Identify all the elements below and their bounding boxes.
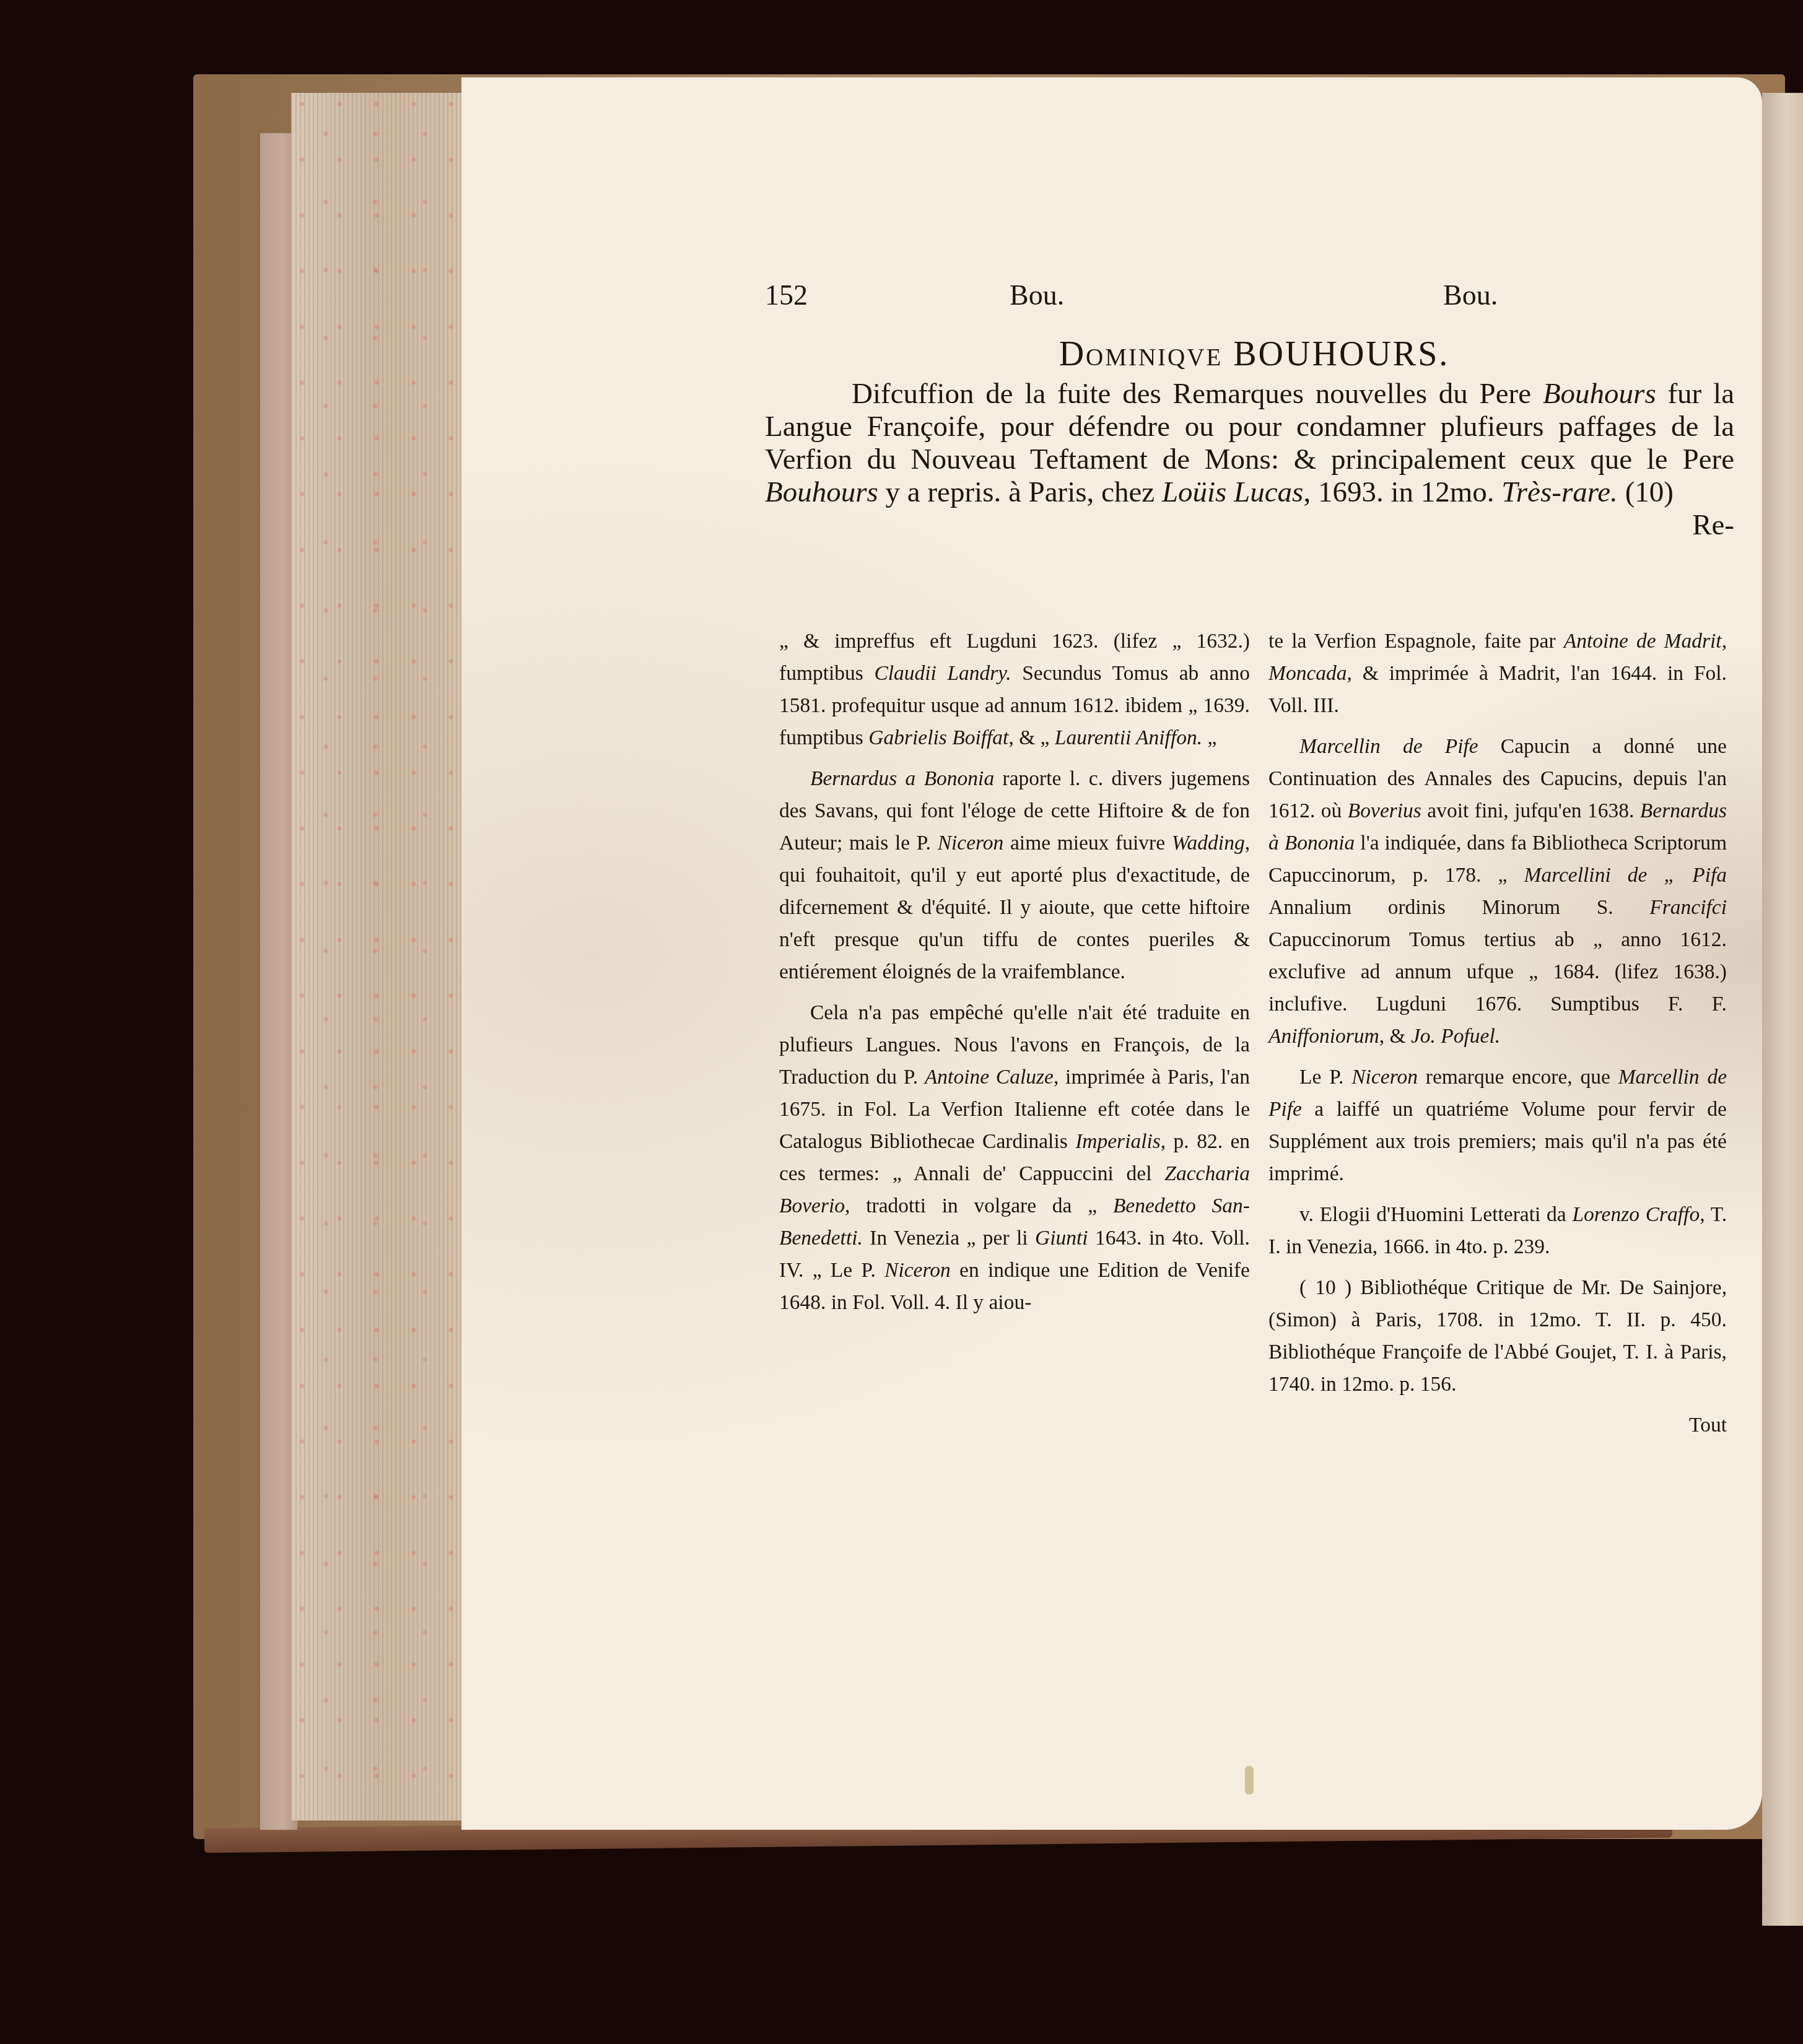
text-run: , 1693. in 12mo. <box>1303 476 1501 508</box>
italic-name: Bernardus a Bononia <box>810 767 994 790</box>
text-run: aime mieux fuivre <box>1003 832 1171 855</box>
italic-name: Marcellin de Pife <box>1299 735 1478 758</box>
italic-name: Moncada <box>1268 662 1347 685</box>
italic-name: Niceron <box>1351 1066 1418 1089</box>
running-head: 152 Bou. Bou. <box>765 279 1731 322</box>
italic-name: Boverius <box>1348 799 1421 822</box>
footnote: ( 10 ) Bibliothéque Critique de Mr. De S… <box>1268 1272 1727 1401</box>
paragraph: Marcellin de Pife Capucin a donné une Co… <box>1268 731 1727 1053</box>
text-run: remarque encore, que <box>1418 1066 1618 1089</box>
italic-name: Antoine de Madrit <box>1564 630 1722 653</box>
text-run: avoit fini, jufqu'en 1638. <box>1421 799 1640 822</box>
facing-page-edge <box>1762 93 1803 1926</box>
entry-paragraph: Difcuffion de la fuite des Remarques nou… <box>765 378 1734 509</box>
italic-name: Francifci <box>1649 896 1727 919</box>
text-run: „ <box>1202 726 1216 749</box>
text-run: Le P. <box>1299 1066 1351 1089</box>
text-run: Difcuffion de la fuite des Remarques nou… <box>852 378 1543 410</box>
page-number: 152 <box>765 279 808 311</box>
quote-paragraph: „ & impreffus eft Lugduni 1623. (lifez „… <box>779 625 1250 754</box>
catchword: Re- <box>765 509 1734 542</box>
catchword: Tout <box>1268 1409 1727 1442</box>
entry-title: Dominiqve BOUHOURS. <box>765 334 1744 374</box>
paragraph: Bernardus a Bononia raporte l. c. divers… <box>779 763 1250 988</box>
italic-name: Laurentii Aniffon. <box>1055 726 1202 749</box>
running-head-right: Bou. <box>1443 279 1498 311</box>
italic-name: Niceron <box>938 832 1004 855</box>
italic-name: Imperialis <box>1075 1130 1161 1153</box>
text-run: Capuccinorum Tomus tertius ab „ anno 161… <box>1268 928 1727 1015</box>
italic-name: Bouhours <box>1543 378 1656 410</box>
paragraph: te la Verfion Espagnole, faite par Antoi… <box>1268 625 1727 722</box>
italic-name: Gabrielis Boiffat <box>868 726 1008 749</box>
paragraph: Cela n'a pas empêché qu'elle n'ait été t… <box>779 997 1250 1319</box>
italic-name: Niceron <box>884 1259 951 1282</box>
text-run: , <box>1722 630 1727 653</box>
right-column: te la Verfion Espagnole, faite par Antoi… <box>1268 625 1727 1450</box>
text-run: te la Verfion Espagnole, faite par <box>1268 630 1564 653</box>
rarity-note: Très-rare. <box>1501 476 1618 508</box>
paragraph: Le P. Niceron remarque encore, que Marce… <box>1268 1061 1727 1190</box>
footnote-ref: (10) <box>1618 476 1674 508</box>
paper-stain <box>1245 1766 1254 1794</box>
page-block-edges <box>291 93 465 1820</box>
text-run: , tradotti in volgare da „ <box>845 1194 1113 1217</box>
italic-name: Marcellini de „ Pifa <box>1524 864 1727 887</box>
italic-name: Giunti <box>1035 1227 1088 1250</box>
author-first-name: Dominiqve <box>1059 335 1223 373</box>
left-column: „ & impreffus eft Lugduni 1623. (lifez „… <box>779 625 1250 1328</box>
italic-name: Bouhours <box>765 476 878 508</box>
italic-name: Claudii Landry. <box>874 662 1011 685</box>
italic-name: Aniffoniorum <box>1268 1025 1379 1048</box>
italic-publisher: Loüis Lucas <box>1162 476 1304 508</box>
text-run: , & <box>1379 1025 1411 1048</box>
italic-name: Lorenzo Craffo <box>1572 1203 1700 1226</box>
text-run: y a repris. à Paris, chez <box>878 476 1162 508</box>
italic-name: Antoine Caluze <box>925 1066 1054 1089</box>
italic-name: Wadding <box>1172 832 1245 855</box>
text-run: v. Elogii d'Huomini Letterati da <box>1299 1203 1572 1226</box>
author-last-name: BOUHOURS. <box>1233 335 1449 373</box>
running-head-left: Bou. <box>1010 279 1064 311</box>
entry-description: Difcuffion de la fuite des Remarques nou… <box>765 378 1734 542</box>
text-run: Annalium ordinis Minorum S. <box>1268 896 1649 919</box>
text-run: , & „ <box>1008 726 1054 749</box>
text-run: a laiffé un quatriéme Volume pour fervir… <box>1268 1098 1727 1185</box>
paragraph: v. Elogii d'Huomini Letterati da Lorenzo… <box>1268 1199 1727 1263</box>
italic-name: Jo. Pofuel. <box>1411 1025 1500 1048</box>
text-run: In Venezia „ per li <box>863 1227 1035 1250</box>
